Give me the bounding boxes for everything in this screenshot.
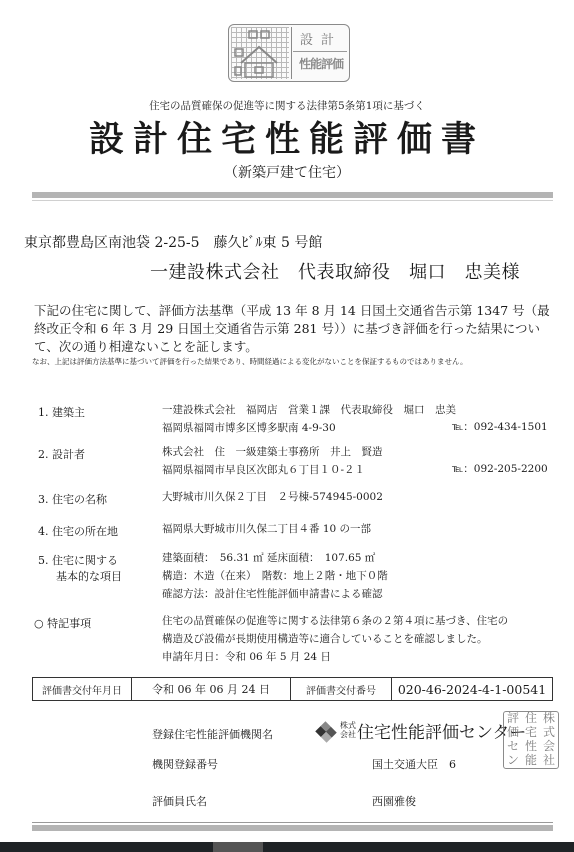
issue-date-label: 評価書交付年月日 xyxy=(33,678,132,701)
official-seal: 評 住 株 価 宅 式 セ 性 会 ン 能 社 xyxy=(503,711,559,769)
bottom-divider-line xyxy=(32,822,553,823)
seal-char: 式 xyxy=(540,726,558,740)
item-label-basic-info: 5. 住宅に関する xyxy=(38,552,118,568)
recipient-name: 一建設株式会社 代表取締役 堀口 忠美様 xyxy=(150,258,520,284)
seal-char: 住 xyxy=(522,712,540,726)
org-name-text: 住宅性能評価センター xyxy=(357,723,526,743)
evaluator-name: 西園雅俊 xyxy=(372,793,416,809)
document-subtitle: （新築戸建て住宅） xyxy=(0,162,574,182)
registration-label: 機関登録番号 xyxy=(152,756,218,772)
issue-date-value: 令和 06 年 06 月 24 日 xyxy=(132,678,291,701)
bottom-divider-band xyxy=(32,825,553,831)
special-notes: 住宅の品質確保の促進等に関する法律第６条の２第４項に基づき、住宅の 構造及び設備… xyxy=(162,612,508,666)
top-divider-line xyxy=(32,200,553,201)
registration-value: 国土交通大臣 6 xyxy=(372,756,456,772)
structure-floors: 構造：木造（在来） 階数：地上２階・地下０階 xyxy=(162,567,388,585)
seal-char: セ xyxy=(504,740,522,754)
builder-name: 一建設株式会社 福岡店 営業１課 代表取締役 堀口 忠美 xyxy=(162,401,456,419)
document-title: 設計住宅性能評価書 xyxy=(0,112,574,162)
item-label-basic-info-2: 基本的な項目 xyxy=(56,568,122,584)
evaluator-label: 評価員氏名 xyxy=(152,793,207,809)
seal-char: 評 xyxy=(504,712,522,726)
logo-divider xyxy=(291,27,292,79)
house-location: 福岡県大野城市川久保二丁目４番 10 の一部 xyxy=(162,520,371,538)
builder-tel: ℡：092-434-1501 xyxy=(452,419,548,434)
issue-number-value: 020-46-2024-4-1-00541 xyxy=(392,678,553,701)
seal-char: ン xyxy=(504,754,522,768)
seal-char: 価 xyxy=(504,726,522,740)
seal-char: 性 xyxy=(522,740,540,754)
logo-rule xyxy=(293,51,347,52)
builder-address: 福岡県福岡市博多区博多駅南 4-9-30 xyxy=(162,419,456,437)
design-performance-logo: 設計 性能評価 xyxy=(228,24,350,82)
certification-statement: 下記の住宅に関して、評価方法基準（平成 13 年 8 月 14 日国土交通省告示… xyxy=(34,302,554,356)
item-label-house-name: 3. 住宅の名称 xyxy=(38,491,107,507)
item-label-designer: 2. 設計者 xyxy=(38,446,85,462)
issue-info-table: 評価書交付年月日 令和 06 年 06 月 24 日 評価書交付番号 020-4… xyxy=(32,677,553,701)
org-logo-icon xyxy=(315,721,336,742)
special-note-line-2: 構造及び設備が長期使用構造等に適合していることを確認しました。 xyxy=(162,630,508,648)
seal-char: 宅 xyxy=(522,726,540,740)
logo-text-performance: 性能評価 xyxy=(293,55,349,72)
viewer-scroll-thumb[interactable] xyxy=(213,842,263,852)
top-divider-band xyxy=(32,192,553,198)
application-date: 申請年月日：令和 06 年 5 月 24 日 xyxy=(162,648,508,666)
viewer-bottom-bar xyxy=(0,842,574,852)
seal-char: 株 xyxy=(540,712,558,726)
item-value-designer: 株式会社 住 一級建築士事務所 井上 賢造 福岡県福岡市早良区次郎丸６丁目１０-… xyxy=(162,443,383,479)
item-label-special-notes: ○ 特記事項 xyxy=(34,615,91,631)
item-value-builder: 一建設株式会社 福岡店 営業１課 代表取締役 堀口 忠美 福岡県福岡市博多区博多… xyxy=(162,401,456,437)
org-label: 登録住宅性能評価機関名 xyxy=(152,726,273,742)
confirmation-method: 確認方法：設計住宅性能評価申請書による確認 xyxy=(162,585,388,603)
disclaimer-note: なお、上記は評価方法基準に基づいて評価を行った結果であり、時間経過による変化がな… xyxy=(32,356,467,367)
org-prefix: 株式会社 xyxy=(340,721,356,739)
special-note-line-1: 住宅の品質確保の促進等に関する法律第６条の２第４項に基づき、住宅の xyxy=(162,612,508,630)
item-label-house-location: 4. 住宅の所在地 xyxy=(38,523,118,539)
seal-char: 能 xyxy=(522,754,540,768)
designer-tel: ℡：092-205-2200 xyxy=(452,461,548,476)
house-icon xyxy=(231,27,289,79)
issue-number-label: 評価書交付番号 xyxy=(291,678,392,701)
seal-char: 社 xyxy=(540,754,558,768)
floor-area: 建築面積： 56.31 ㎡ 延床面積： 107.65 ㎡ xyxy=(162,549,388,567)
item-label-builder: 1. 建築主 xyxy=(38,404,85,420)
org-name: 株式会社住宅性能評価センター xyxy=(316,718,526,743)
designer-name: 株式会社 住 一級建築士事務所 井上 賢造 xyxy=(162,443,383,461)
seal-char: 会 xyxy=(540,740,558,754)
basic-info-values: 建築面積： 56.31 ㎡ 延床面積： 107.65 ㎡ 構造：木造（在来） 階… xyxy=(162,549,388,603)
recipient-address: 東京都豊島区南池袋 2-25-5 藤久ﾋﾞﾙ東 5 号館 xyxy=(24,232,322,252)
law-reference: 住宅の品質確保の促進等に関する法律第5条第1項に基づく xyxy=(0,98,574,113)
logo-text-design: 設計 xyxy=(295,29,347,48)
house-name: 大野城市川久保２丁目 ２号棟-574945-0002 xyxy=(162,488,383,506)
designer-address: 福岡県福岡市早良区次郎丸６丁目１０-２１ xyxy=(162,461,383,479)
